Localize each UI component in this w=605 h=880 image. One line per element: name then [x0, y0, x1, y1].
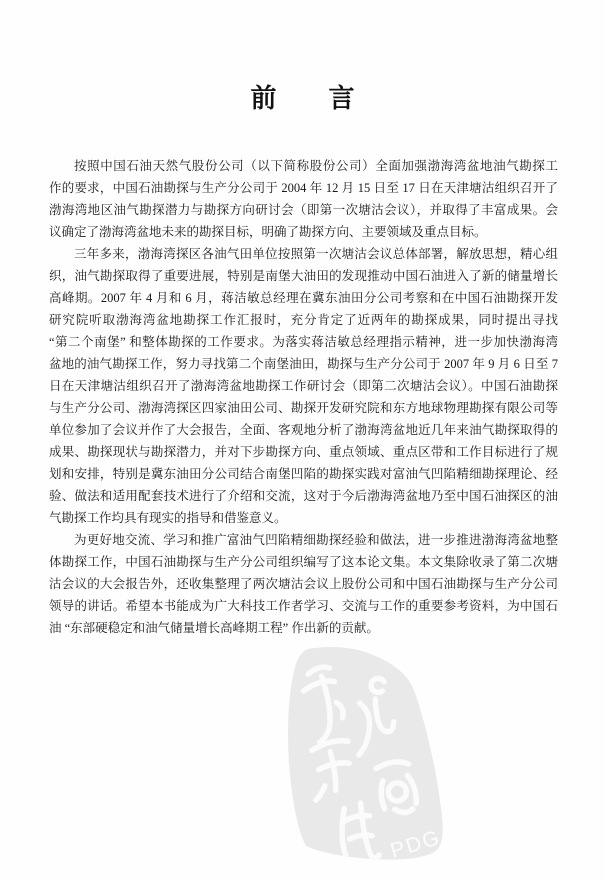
- text-line: 气勘探工作均具有现实的指导和借鉴意义。: [49, 507, 558, 529]
- text-line: 作的要求，中国石油勘探与生产分公司于 2004 年 12 月 15 日至 17 …: [49, 177, 558, 199]
- watermark-label: PDG: [388, 826, 444, 863]
- paragraph: 为更好地交流、学习和推广富油气凹陷精细勘探经验和做法，进一步推进渤海湾盆地整 体…: [49, 529, 558, 639]
- text-line: 验、做法和适用配套技术进行了介绍和交流，这对于今后渤海湾盆地乃至中国石油探区的油: [49, 485, 558, 507]
- text-line: 议确定了渤海湾盆地未来的勘探目标，明确了勘探方向、主要领域及重点目标。: [49, 221, 558, 243]
- paragraph: 按照中国石油天然气股份公司（以下简称股份公司）全面加强渤海湾盆地油气勘探工 作的…: [49, 155, 558, 243]
- text-line: 油 “东部硬稳定和油气储量增长高峰期工程” 作出新的贡献。: [49, 617, 558, 639]
- text-line: 研究院听取渤海湾盆地勘探工作汇报时，充分肯定了近两年的勘探成果，同时提出寻找: [49, 309, 558, 331]
- text-line: 体勘探工作，中国石油勘探与生产分公司组织编写了这本论文集。本文集除收录了第二次塘: [49, 551, 558, 573]
- text-line: 织，油气勘探取得了重要进展，特别是南堡大油田的发现推动中国石油进入了新的储量增长: [49, 265, 558, 287]
- text-line: 单位参加了会议并作了大会报告，全面、客观地分析了渤海湾盆地近几年来油气勘探取得的: [49, 419, 558, 441]
- text-line: 成果、勘探现状与勘探潜力，并对下步勘探方向、重点领域、重点区带和工作目标进行了规: [49, 441, 558, 463]
- text-line: 高峰期。2007 年 4 月和 6 月，蒋洁敏总经理在冀东油田分公司考察和在中国…: [49, 287, 558, 309]
- text-line: 三年多来，渤海湾探区各油气田单位按照第一次塘沽会议总体部署，解放思想，精心组: [49, 243, 558, 265]
- text-line: 与生产分公司、渤海湾探区四家油田公司、勘探开发研究院和东方地球物理勘探有限公司等: [49, 397, 558, 419]
- text-line: “第二个南堡” 和整体勘探的工作要求。为落实蒋洁敏总经理指示精神，进一步加快渤海…: [49, 331, 558, 353]
- seal-stamp-shape: [288, 647, 443, 860]
- paragraph: 三年多来，渤海湾探区各油气田单位按照第一次塘沽会议总体部署，解放思想，精心组 织…: [49, 243, 558, 529]
- text-line: 日在天津塘沽组织召开了渤海湾盆地勘探工作研讨会（即第二次塘沽会议）。中国石油勘探: [49, 375, 558, 397]
- page-title: 前 言: [0, 84, 605, 114]
- text-line: 按照中国石油天然气股份公司（以下简称股份公司）全面加强渤海湾盆地油气勘探工: [49, 155, 558, 177]
- text-line: 沽会议的大会报告外，还收集整理了两次塘沽会议上股份公司和中国石油勘探与生产分公司: [49, 573, 558, 595]
- text-line: 为更好地交流、学习和推广富油气凹陷精细勘探经验和做法，进一步推进渤海湾盆地整: [49, 529, 558, 551]
- seal-characters-icon: [298, 657, 424, 865]
- text-line: 盆地的油气勘探工作，努力寻找第二个南堡油田，勘探与生产分公司于 2007 年 9…: [49, 353, 558, 375]
- text-line: 划和安排，特别是冀东油田分公司结合南堡凹陷的勘探实践对富油气凹陷精细勘探理论、经: [49, 463, 558, 485]
- text-line: 渤海湾地区油气勘探潜力与勘探方向研讨会（即第一次塘沽会议），并取得了丰富成果。会: [49, 199, 558, 221]
- text-line: 领导的讲话。希望本书能成为广大科技工作者学习、交流与工作的重要参考资料，为中国石: [49, 595, 558, 617]
- document-page: PDG 前 言 按照中国石油天然气股份公司（以下简称股份公司）全面加强渤海湾盆地…: [0, 0, 605, 880]
- body-text: 按照中国石油天然气股份公司（以下简称股份公司）全面加强渤海湾盆地油气勘探工 作的…: [49, 155, 558, 639]
